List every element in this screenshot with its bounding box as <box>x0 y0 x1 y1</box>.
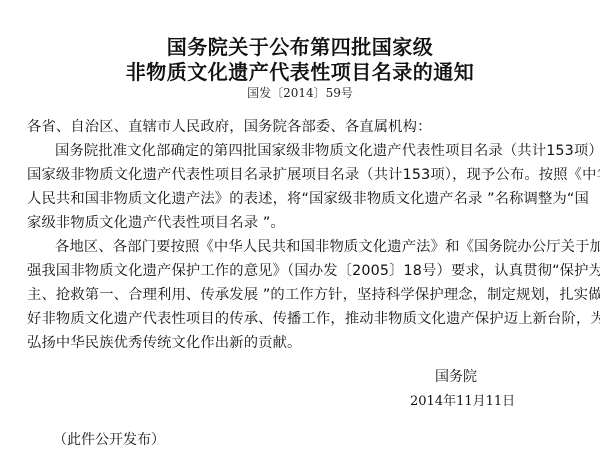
signature-issuer: 国务院 <box>435 366 477 386</box>
paragraph-1-line: 家级非物质文化遗产代表性项目名录 ”。 <box>27 212 285 232</box>
signature-date: 2014年11月11日 <box>410 390 515 409</box>
paragraph-1-line: 人民共和国非物质文化遗产法》的表述，将“国家级非物质文化遗产名录 ”名称调整为“… <box>27 188 589 208</box>
paragraph-2-line: 强我国非物质文化遗产保护工作的意见》（国办发〔2005〕18号）要求，认真贯彻“… <box>27 260 600 280</box>
paragraph-2-line: 弘扬中华民族优秀传统文化作出新的贡献。 <box>27 332 302 352</box>
paragraph-2-line: 主、抢救第一、合理利用、传承发展 ”的工作方针，坚持科学保护理念，制定规划，扎实… <box>27 284 600 304</box>
publication-note: （此件公开发布） <box>53 429 165 449</box>
document-number: 国发〔2014〕59号 <box>0 84 600 101</box>
paragraph-1-line: 国家级非物质文化遗产代表性项目名录扩展项目名录（共计153项），现予公布。按照《… <box>27 164 600 184</box>
paragraph-2-line: 各地区、各部门要按照《中华人民共和国非物质文化遗产法》和《国务院办公厅关于加 <box>55 236 600 256</box>
paragraph-1-line: 国务院批准文化部确定的第四批国家级非物质文化遗产代表性项目名录（共计153项）和 <box>55 140 600 160</box>
document-title-line-2: 非物质文化遗产代表性项目名录的通知 <box>0 56 600 85</box>
paragraph-2-line: 好非物质文化遗产代表性项目的传承、传播工作，推动非物质文化遗产保护迈上新台阶，为 <box>27 308 600 328</box>
addressee: 各省、自治区、直辖市人民政府，国务院各部委、各直属机构： <box>27 116 432 136</box>
